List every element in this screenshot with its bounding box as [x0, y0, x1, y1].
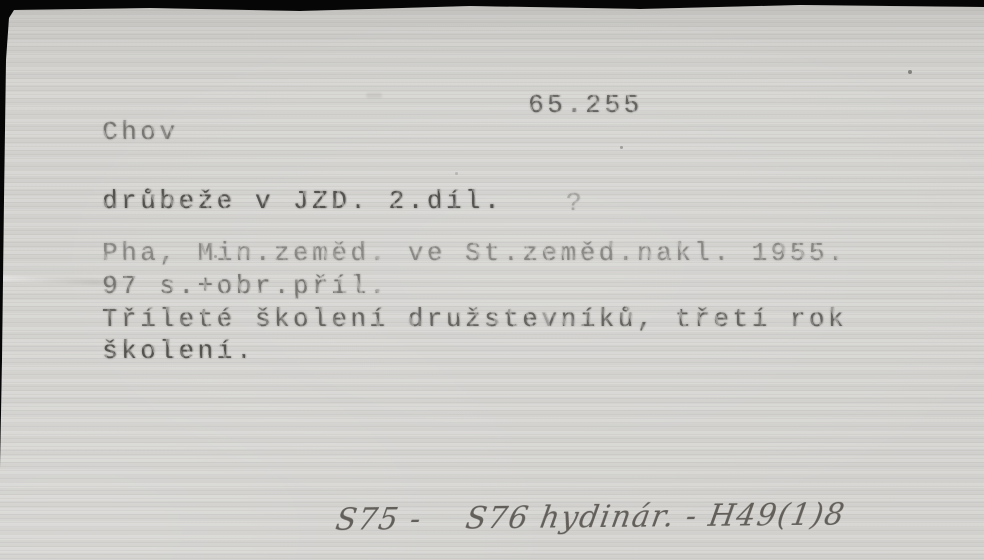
ink-speck [908, 70, 912, 74]
title-text: drůbeže v JZD. 2.díl. [102, 186, 503, 216]
heading-text: Chov [102, 117, 178, 147]
ink-speck [455, 172, 458, 175]
series-text-line2: školení. [102, 336, 255, 366]
ink-speck [214, 255, 217, 258]
call-number: 65.255 [528, 90, 643, 120]
series-text-line1: Tříleté školení družstevníků, třetí rok [102, 304, 847, 334]
title-trailing-mark: ? [566, 188, 585, 218]
ink-speck [620, 146, 623, 149]
handwritten-note-right: S76 hydinár. - H49(1)8 [463, 497, 848, 536]
handwritten-shelf-note: S75 - S76 hydinár. - H49(1)8 [336, 497, 845, 537]
collation-text: 97 s.+obr.příl. [102, 271, 389, 301]
imprint-text: Pha, Min.zeměd. ve St.zeměd.nakl. 1955. [102, 238, 847, 268]
card-surface: 65.255 Chov drůbeže v JZD. 2.díl. ? Pha,… [0, 0, 984, 560]
handwritten-note-left: S75 - [333, 502, 425, 538]
ink-smudge [366, 93, 382, 98]
scanned-catalog-card: 65.255 Chov drůbeže v JZD. 2.díl. ? Pha,… [0, 0, 984, 560]
